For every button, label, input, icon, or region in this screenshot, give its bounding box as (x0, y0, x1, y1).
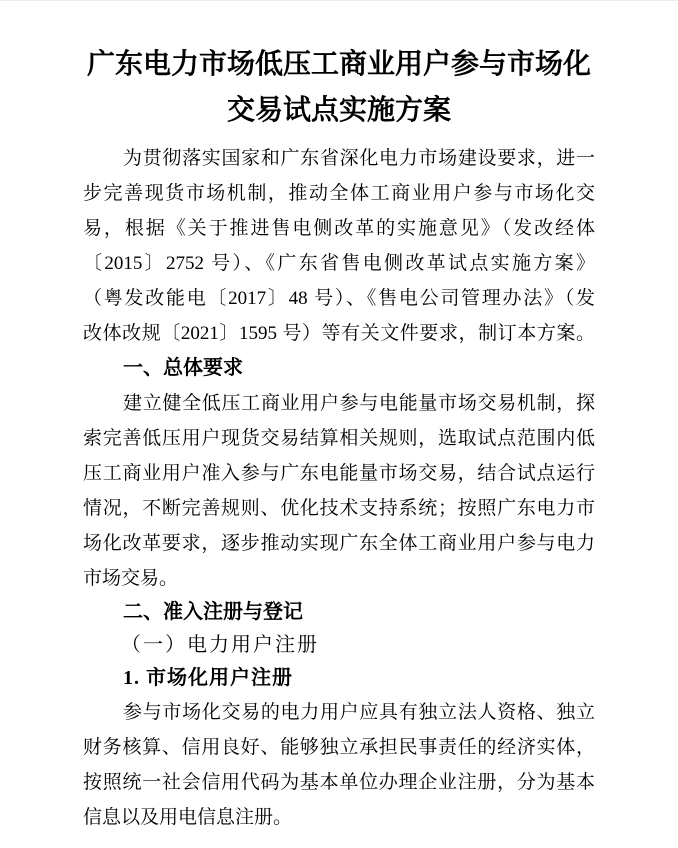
paragraph-line: 按照统一社会信用代码为基本单位办理企业注册，分为基本 (83, 765, 595, 800)
section-2-paragraph: 参与市场化交易的电力用户应具有独立法人资格、独立 财务核算、信用良好、能够独立承… (83, 695, 595, 835)
paragraph-line: 建立健全低压工商业用户参与电能量市场交易机制，探 (83, 386, 595, 421)
paragraph-line: 为贯彻落实国家和广东省深化电力市场建设要求，进一 (83, 141, 595, 176)
paragraph-line: 〔2015〕2752 号）、《广东省售电侧改革试点实施方案》 (83, 246, 595, 281)
paragraph-line: 参与市场化交易的电力用户应具有独立法人资格、独立 (83, 695, 595, 730)
section-1-heading: 一、总体要求 (83, 351, 595, 386)
document-title: 广东电力市场低压工商业用户参与市场化 交易试点实施方案 (83, 41, 595, 133)
section-2-heading: 二、准入注册与登记 (83, 596, 595, 629)
paragraph-line: （粤发改能电〔2017〕48 号）、《售电公司管理办法》（发 (83, 281, 595, 316)
paragraph-line: 改体改规〔2021〕1595 号）等有关文件要求，制订本方案。 (83, 316, 595, 351)
section-2-sub-heading: （一）电力用户注册 (83, 629, 595, 662)
paragraph-line: 信息以及用电信息注册。 (83, 800, 595, 835)
paragraph-line: 市场交易。 (83, 561, 595, 596)
paragraph-line: 财务核算、信用良好、能够独立承担民事责任的经济实体， (83, 730, 595, 765)
paragraph-line: 索完善低压用户现货交易结算相关规则，选取试点范围内低 (83, 421, 595, 456)
document-title-line-1: 广东电力市场低压工商业用户参与市场化 (83, 41, 595, 87)
section-2-item-heading: 1. 市场化用户注册 (83, 662, 595, 695)
intro-paragraph: 为贯彻落实国家和广东省深化电力市场建设要求，进一 步完善现货市场机制，推动全体工… (83, 141, 595, 351)
paragraph-line: 步完善现货市场机制，推动全体工商业用户参与市场化交 (83, 176, 595, 211)
paragraph-line: 易，根据《关于推进售电侧改革的实施意见》（发改经体 (83, 211, 595, 246)
paragraph-line: 压工商业用户准入参与广东电能量市场交易，结合试点运行 (83, 456, 595, 491)
paragraph-line: 场化改革要求，逐步推动实现广东全体工商业用户参与电力 (83, 526, 595, 561)
document-title-line-2: 交易试点实施方案 (83, 87, 595, 133)
paragraph-line: 情况，不断完善规则、优化技术支持系统；按照广东电力市 (83, 491, 595, 526)
section-1-paragraph: 建立健全低压工商业用户参与电能量市场交易机制，探 索完善低压用户现货交易结算相关… (83, 386, 595, 596)
document-page: 广东电力市场低压工商业用户参与市场化 交易试点实施方案 为贯彻落实国家和广东省深… (0, 0, 678, 848)
